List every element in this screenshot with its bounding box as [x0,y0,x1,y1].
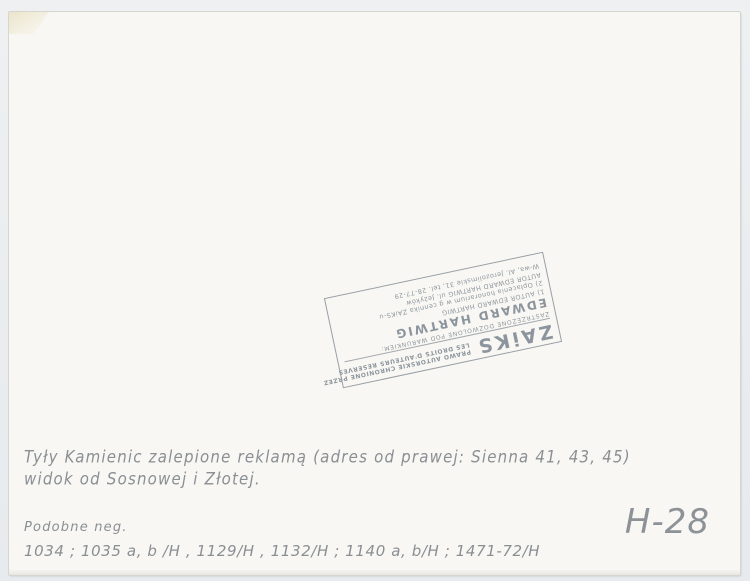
handwritten-similar-negatives-label: Podobne neg. [24,520,128,535]
paper-sheet: ZAiKS PRAWO AUTORSKIE CHRONIONE PRZEZ LE… [9,12,740,575]
handwritten-caption-line-2: widok od Sosnowej i Złotej. [24,469,261,489]
handwritten-reference-number: H-28 [625,502,710,542]
zaiks-copyright-stamp: ZAiKS PRAWO AUTORSKIE CHRONIONE PRZEZ LE… [324,252,562,389]
handwritten-caption-line-1: Tyły Kamienic zalepione reklamą (adres o… [24,447,631,467]
scanned-photo-reverse: ZAiKS PRAWO AUTORSKIE CHRONIONE PRZEZ LE… [0,0,750,581]
handwritten-negative-numbers: 1034 ; 1035 a, b /H , 1129/H , 1132/H ; … [24,542,540,560]
